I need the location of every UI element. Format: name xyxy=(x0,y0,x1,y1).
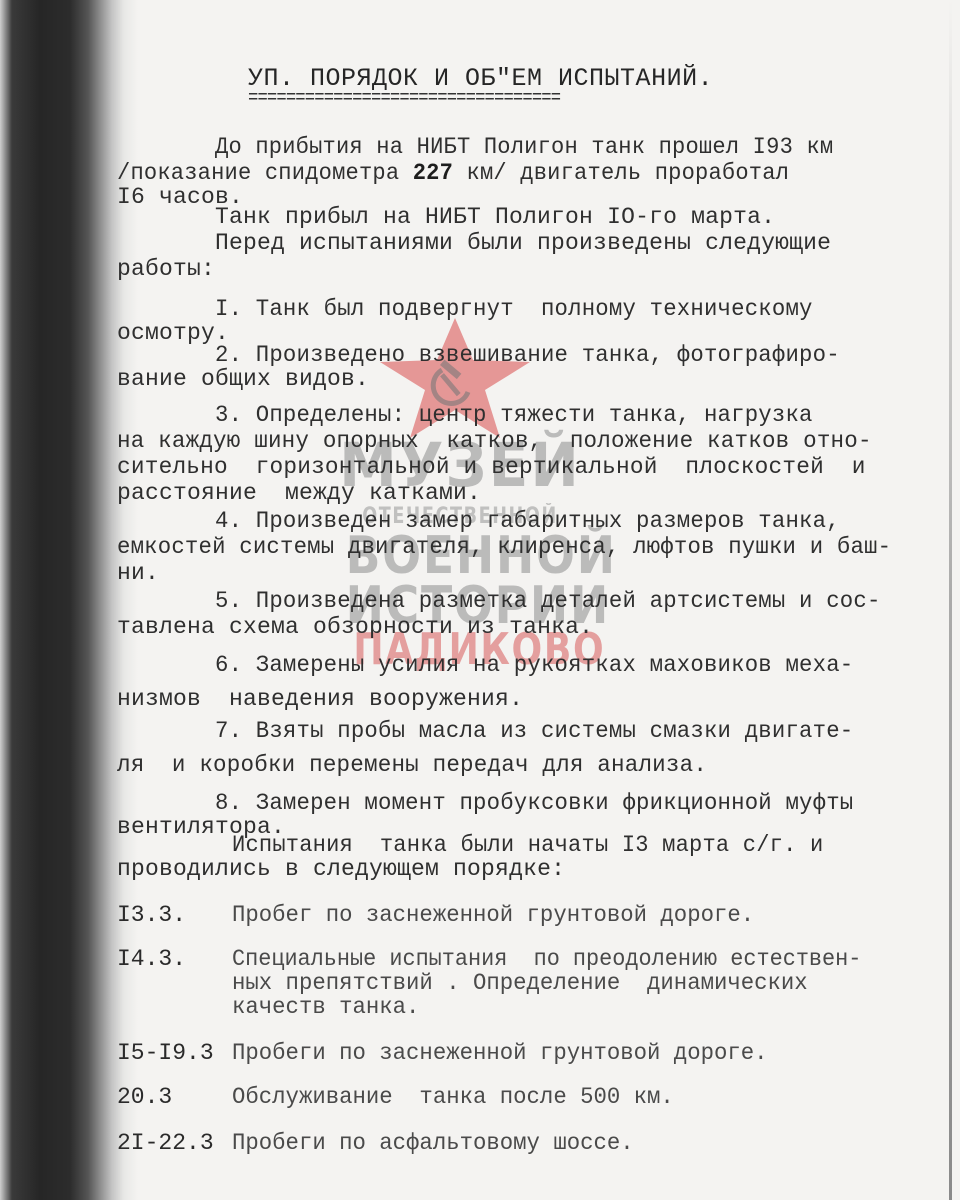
work-item-6: 6. Замерены усилия на рукоятках маховико… xyxy=(215,652,853,678)
work-item-1: I. Танк был подвергнут полному техническ… xyxy=(215,296,813,322)
tests-intro-line-1: Испытания танка были начаты I3 марта с/г… xyxy=(232,832,823,858)
schedule-date: 20.3 xyxy=(117,1084,172,1110)
work-item-4-continuation: ни. xyxy=(117,560,159,586)
work-item-1-continuation: осмотру. xyxy=(117,320,229,346)
tests-intro-line-2: проводились в следующем порядке: xyxy=(117,856,565,882)
work-item-3-continuation: сительно горизонтальной и вертикальной п… xyxy=(117,454,866,480)
schedule-activity: Специальные испытания по преодолению ест… xyxy=(232,946,861,972)
work-item-7-continuation: ля и коробки перемены передач для анализ… xyxy=(117,752,707,778)
work-item-6-continuation: низмов наведения вооружения. xyxy=(117,686,523,712)
work-item-2: 2. Произведено взвешивание танка, фотогр… xyxy=(215,342,840,368)
works-intro-line-1: Перед испытаниями были произведены следу… xyxy=(215,230,831,256)
intro-line-2-pre: /показание спидометра xyxy=(117,160,413,186)
schedule-date: I3.3. xyxy=(117,902,186,928)
work-item-7: 7. Взяты пробы масла из системы смазки д… xyxy=(215,718,853,744)
schedule-activity: Пробег по заснеженной грунтовой дороге. xyxy=(232,902,754,928)
schedule-date: 2I-22.3 xyxy=(117,1130,214,1156)
schedule-date: I5-I9.3 xyxy=(117,1040,214,1066)
schedule-date: I4.3. xyxy=(117,946,186,972)
arrival-line: Танк прибыл на НИБТ Полигон IO-го марта. xyxy=(215,204,775,230)
work-item-3-continuation: на каждую шину опорных катков, положение… xyxy=(117,428,872,454)
intro-line-2-post: км/ двигатель проработал xyxy=(453,160,789,186)
work-item-8: 8. Замерен момент пробуксовки фрикционно… xyxy=(215,790,853,816)
work-item-5-continuation: тавлена схема обзорности из танка. xyxy=(117,614,593,640)
work-item-4: 4. Произведен замер габаритных размеров … xyxy=(215,508,840,534)
page-edge xyxy=(949,0,952,1200)
speedometer-value: 227 xyxy=(413,160,453,186)
document-page: МУЗЕЙ ОТЕЧЕСТВЕННОЙ ВОЕННОЙ ИСТОРИИ ПАДИ… xyxy=(0,0,960,1200)
work-item-3: 3. Определены: центр тяжести танка, нагр… xyxy=(215,402,813,428)
work-item-2-continuation: вание общих видов. xyxy=(117,366,369,392)
work-item-5: 5. Произведена разметка деталей артсисте… xyxy=(215,588,881,614)
works-intro-line-2: работы: xyxy=(117,256,215,282)
schedule-activity: качеств танка. xyxy=(232,994,419,1020)
schedule-activity: Обслуживание танка после 500 км. xyxy=(232,1084,674,1110)
schedule-activity: Пробеги по заснеженной грунтовой дороге. xyxy=(232,1040,768,1066)
work-item-3-continuation: расстояние между катками. xyxy=(117,480,481,506)
schedule-activity: ных препятствий . Определение динамическ… xyxy=(232,970,808,996)
heading-underline: ================================= xyxy=(248,86,560,112)
schedule-activity: Пробеги по асфальтовому шоссе. xyxy=(232,1130,634,1156)
work-item-4-continuation: емкостей системы двигателя, клиренса, лю… xyxy=(117,534,891,560)
intro-line-1: До прибытия на НИБТ Полигон танк прошел … xyxy=(215,134,833,160)
intro-line-2: /показание спидометра 227 км/ двигатель … xyxy=(117,160,789,186)
